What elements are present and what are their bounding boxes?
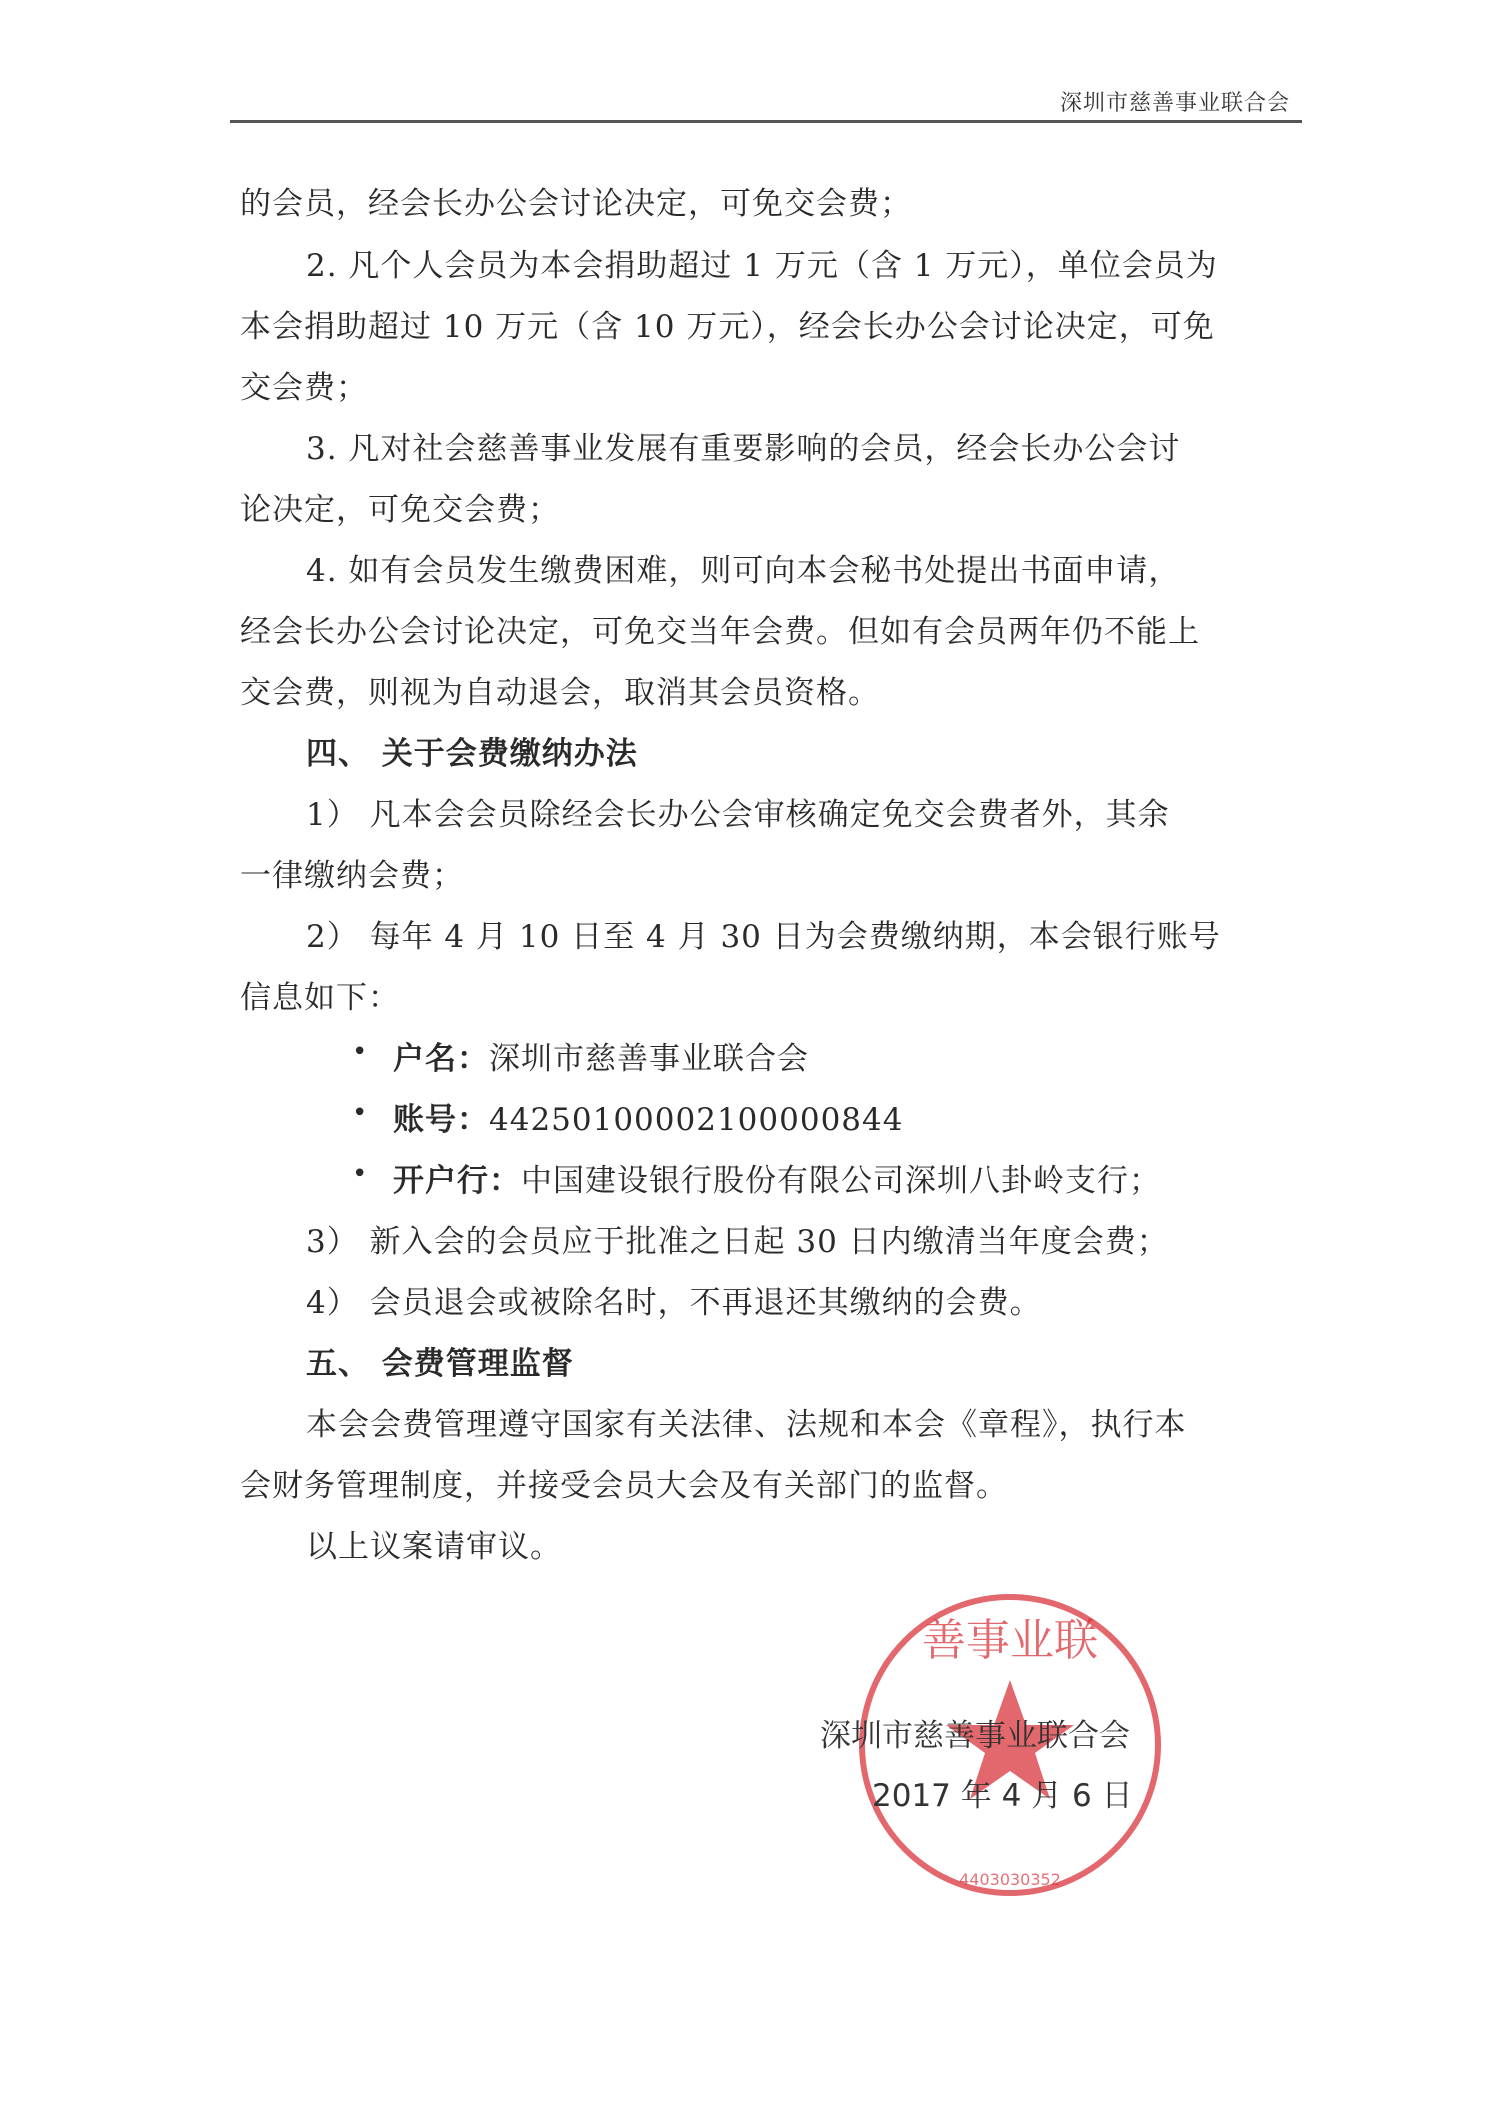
section-4-item-1-cont: 一律缴纳会费； xyxy=(240,850,464,895)
signature-date: 2017 年 4 月 6 日 xyxy=(872,1770,1133,1815)
bank-name-value: 深圳市慈善事业联合会 xyxy=(489,1041,809,1077)
bullet-icon: • xyxy=(352,1037,367,1067)
section-4-item-3: 3） 新入会的会员应于批准之日起 30 日内缴清当年度会费； xyxy=(306,1216,1169,1261)
paragraph-line: 论决定，可免交会费； xyxy=(240,484,560,529)
section-4-item-4: 4） 会员退会或被除名时，不再退还其缴纳的会费。 xyxy=(306,1277,1042,1322)
section-4-item-1: 1） 凡本会会员除经会长办公会审核确定免交会费者外，其余 xyxy=(306,789,1170,834)
header-org: 深圳市慈善事业联合会 xyxy=(1060,86,1290,117)
section-5-title: 五、 会费管理监督 xyxy=(306,1338,574,1383)
section-5-text: 本会会费管理遵守国家有关法律、法规和本会《章程》，执行本 xyxy=(306,1399,1187,1444)
paragraph-line: 交会费，则视为自动退会，取消其会员资格。 xyxy=(240,667,880,712)
section-5-text-cont: 会财务管理制度，并接受会员大会及有关部门的监督。 xyxy=(240,1460,1008,1505)
signature-org: 深圳市慈善事业联合会 xyxy=(820,1710,1130,1755)
paragraph-line: 4. 如有会员发生缴费困难，则可向本会秘书处提出书面申请， xyxy=(306,545,1180,590)
bullet-icon: • xyxy=(352,1159,367,1189)
paragraph-line: 3. 凡对社会慈善事业发展有重要影响的会员，经会长办公会讨 xyxy=(306,423,1180,468)
closing-text: 以上议案请审议。 xyxy=(306,1521,562,1566)
bank-name-label: 户名： xyxy=(393,1041,489,1077)
bank-branch-label: 开户行： xyxy=(393,1163,521,1199)
bank-account-value: 44250100002100000844 xyxy=(489,1102,903,1138)
svg-text:4403030352: 4403030352 xyxy=(959,1870,1061,1889)
bank-account-row: 账号：44250100002100000844 xyxy=(393,1094,903,1139)
section-4-item-2-cont: 信息如下： xyxy=(240,972,400,1017)
paragraph-line: 2. 凡个人会员为本会捐助超过 1 万元（含 1 万元），单位会员为 xyxy=(306,240,1218,285)
bank-account-label: 账号： xyxy=(393,1102,489,1138)
section-4-title: 四、 关于会费缴纳办法 xyxy=(306,728,638,773)
bank-name-row: 户名：深圳市慈善事业联合会 xyxy=(393,1033,809,1078)
bank-branch-value: 中国建设银行股份有限公司深圳八卦岭支行； xyxy=(521,1163,1161,1199)
header-divider xyxy=(230,120,1302,123)
paragraph-line: 交会费； xyxy=(240,362,368,407)
section-4-item-2: 2） 每年 4 月 10 日至 4 月 30 日为会费缴纳期，本会银行账号 xyxy=(306,911,1221,956)
paragraph-line: 的会员，经会长办公会讨论决定，可免交会费； xyxy=(240,178,912,223)
bank-branch-row: 开户行：中国建设银行股份有限公司深圳八卦岭支行； xyxy=(393,1155,1161,1200)
paragraph-line: 经会长办公会讨论决定，可免交当年会费。但如有会员两年仍不能上 xyxy=(240,606,1200,651)
paragraph-line: 本会捐助超过 10 万元（含 10 万元），经会长办公会讨论决定，可免 xyxy=(240,301,1215,346)
bullet-icon: • xyxy=(352,1098,367,1128)
svg-text:善事业联: 善事业联 xyxy=(922,1615,1098,1666)
